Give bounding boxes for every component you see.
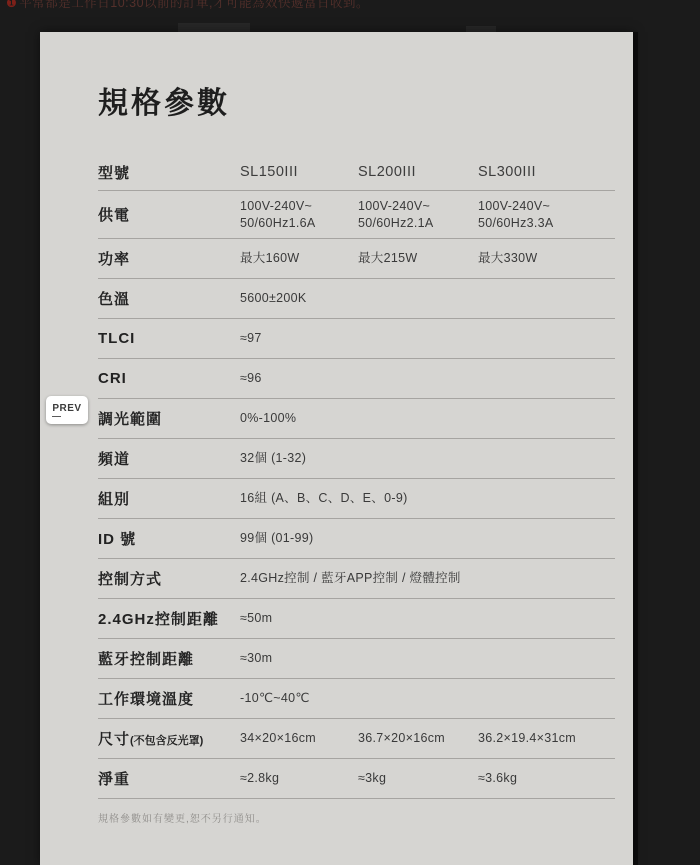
spec-label: 藍牙控制距離 <box>98 648 240 669</box>
spec-label: ID 號 <box>98 528 240 549</box>
spec-row: 供電100V-240V~ 50/60Hz1.6A100V-240V~ 50/60… <box>98 191 615 239</box>
spec-label: 控制方式 <box>98 568 240 589</box>
page-title: 規格參數 <box>98 78 615 122</box>
spec-value: 100V-240V~ 50/60Hz3.3A <box>478 198 615 232</box>
spec-label-sub: (不包含反光罩) <box>130 735 203 747</box>
spec-label: 尺寸(不包含反光罩) <box>98 728 240 749</box>
spec-value: 32個 (1-32) <box>240 450 615 467</box>
spec-row: 型號SL150IIISL200IIISL300III <box>98 155 615 191</box>
spec-value: -10℃~40℃ <box>240 690 615 707</box>
spec-value: 最大330W <box>478 250 615 267</box>
spec-value: 最大215W <box>358 250 478 267</box>
prev-button-underline <box>52 416 61 418</box>
spec-value: 最大160W <box>240 250 358 267</box>
spec-value: 34×20×16cm <box>240 730 358 747</box>
shipping-notice: ❶平常都是工作日10:30以前的訂單,才可能為效快遞當日收到。 <box>6 0 369 11</box>
spec-label: 淨重 <box>98 768 240 789</box>
spec-table: 型號SL150IIISL200IIISL300III供電100V-240V~ 5… <box>98 155 615 799</box>
spec-label: TLCI <box>98 330 240 347</box>
spec-row: 控制方式2.4GHz控制 / 藍牙APP控制 / 燈體控制 <box>98 559 615 599</box>
spec-value: SL200III <box>358 163 478 183</box>
spec-value: ≈3kg <box>358 770 478 787</box>
spec-value: ≈97 <box>240 330 615 347</box>
spec-row: 淨重≈2.8kg≈3kg≈3.6kg <box>98 759 615 799</box>
spec-row: 2.4GHz控制距離≈50m <box>98 599 615 639</box>
spec-value: 36.2×19.4×31cm <box>478 730 615 747</box>
prev-button-label: PREV <box>52 403 81 414</box>
spec-row: 工作環境溫度-10℃~40℃ <box>98 679 615 719</box>
spec-row: 尺寸(不包含反光罩)34×20×16cm36.7×20×16cm36.2×19.… <box>98 719 615 759</box>
warning-icon: ❶ <box>6 0 17 10</box>
spec-label: 工作環境溫度 <box>98 688 240 709</box>
spec-row: 色溫5600±200K <box>98 279 615 319</box>
spec-label: CRI <box>98 370 240 387</box>
spec-value: 100V-240V~ 50/60Hz1.6A <box>240 198 358 232</box>
spec-value: SL300III <box>478 163 615 183</box>
page: ❶平常都是工作日10:30以前的訂單,才可能為效快遞當日收到。 規格參數 型號S… <box>0 0 700 865</box>
spec-value: 36.7×20×16cm <box>358 730 478 747</box>
spec-value: ≈2.8kg <box>240 770 358 787</box>
spec-row: ID 號99個 (01-99) <box>98 519 615 559</box>
spec-value: ≈3.6kg <box>478 770 615 787</box>
spec-value: SL150III <box>240 163 358 183</box>
spec-row: 調光範圍0%-100% <box>98 399 615 439</box>
spec-label: 功率 <box>98 248 240 269</box>
spec-value: 100V-240V~ 50/60Hz2.1A <box>358 198 478 232</box>
spec-value: 0%-100% <box>240 410 615 427</box>
spec-row: 藍牙控制距離≈30m <box>98 639 615 679</box>
spec-value: ≈96 <box>240 370 615 387</box>
spec-label: 型號 <box>98 162 240 183</box>
spec-value: 5600±200K <box>240 290 615 307</box>
prev-button[interactable]: PREV <box>46 396 88 424</box>
spec-row: CRI≈96 <box>98 359 615 399</box>
spec-row: 組別16組 (A、B、C、D、E、0-9) <box>98 479 615 519</box>
spec-row: TLCI≈97 <box>98 319 615 359</box>
spec-value: 99個 (01-99) <box>240 530 615 547</box>
spec-label: 組別 <box>98 488 240 509</box>
spec-value: 2.4GHz控制 / 藍牙APP控制 / 燈體控制 <box>240 570 615 587</box>
spec-label: 調光範圍 <box>98 408 240 429</box>
spec-value: ≈30m <box>240 650 615 667</box>
spec-label: 色溫 <box>98 288 240 309</box>
spec-row: 功率最大160W最大215W最大330W <box>98 239 615 279</box>
spec-card: 規格參數 型號SL150IIISL200IIISL300III供電100V-24… <box>40 32 633 865</box>
spec-label: 供電 <box>98 204 240 225</box>
spec-value: 16組 (A、B、C、D、E、0-9) <box>240 490 615 507</box>
spec-label: 2.4GHz控制距離 <box>98 608 240 629</box>
spec-value: ≈50m <box>240 610 615 627</box>
spec-label: 頻道 <box>98 448 240 469</box>
spec-row: 頻道32個 (1-32) <box>98 439 615 479</box>
footer-note: 規格參數如有變更,恕不另行通知。 <box>98 810 615 825</box>
shipping-notice-text: 平常都是工作日10:30以前的訂單,才可能為效快遞當日收到。 <box>19 0 369 10</box>
